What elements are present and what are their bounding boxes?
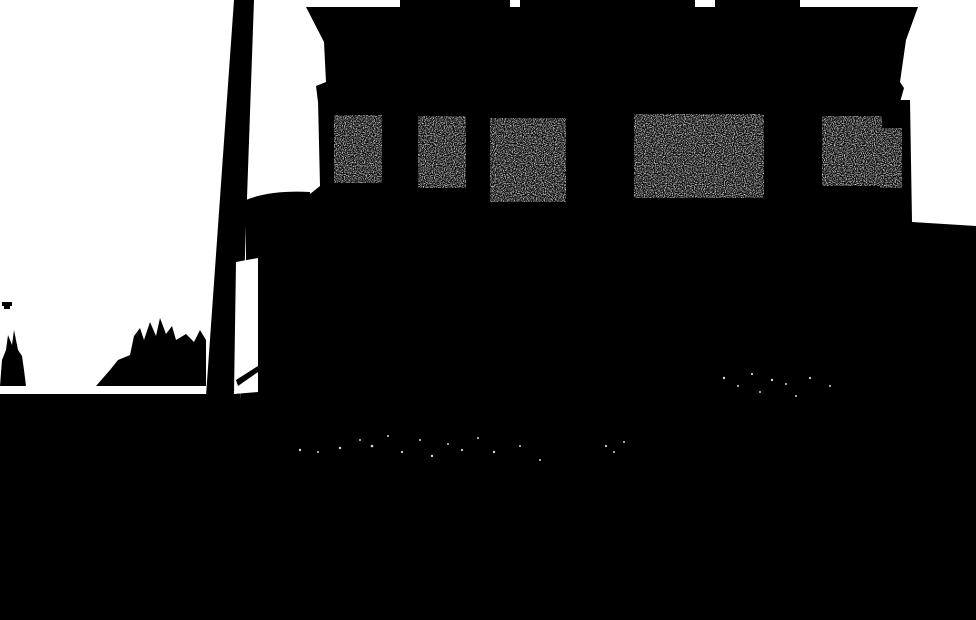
roof-cornice (306, 7, 918, 102)
foreground-wall (0, 386, 204, 394)
photograph (0, 0, 976, 620)
window-4 (634, 114, 764, 198)
window-6 (880, 128, 902, 188)
window-1 (334, 115, 382, 183)
window-5 (822, 116, 882, 186)
window-2 (418, 116, 466, 188)
window-3 (490, 118, 566, 202)
